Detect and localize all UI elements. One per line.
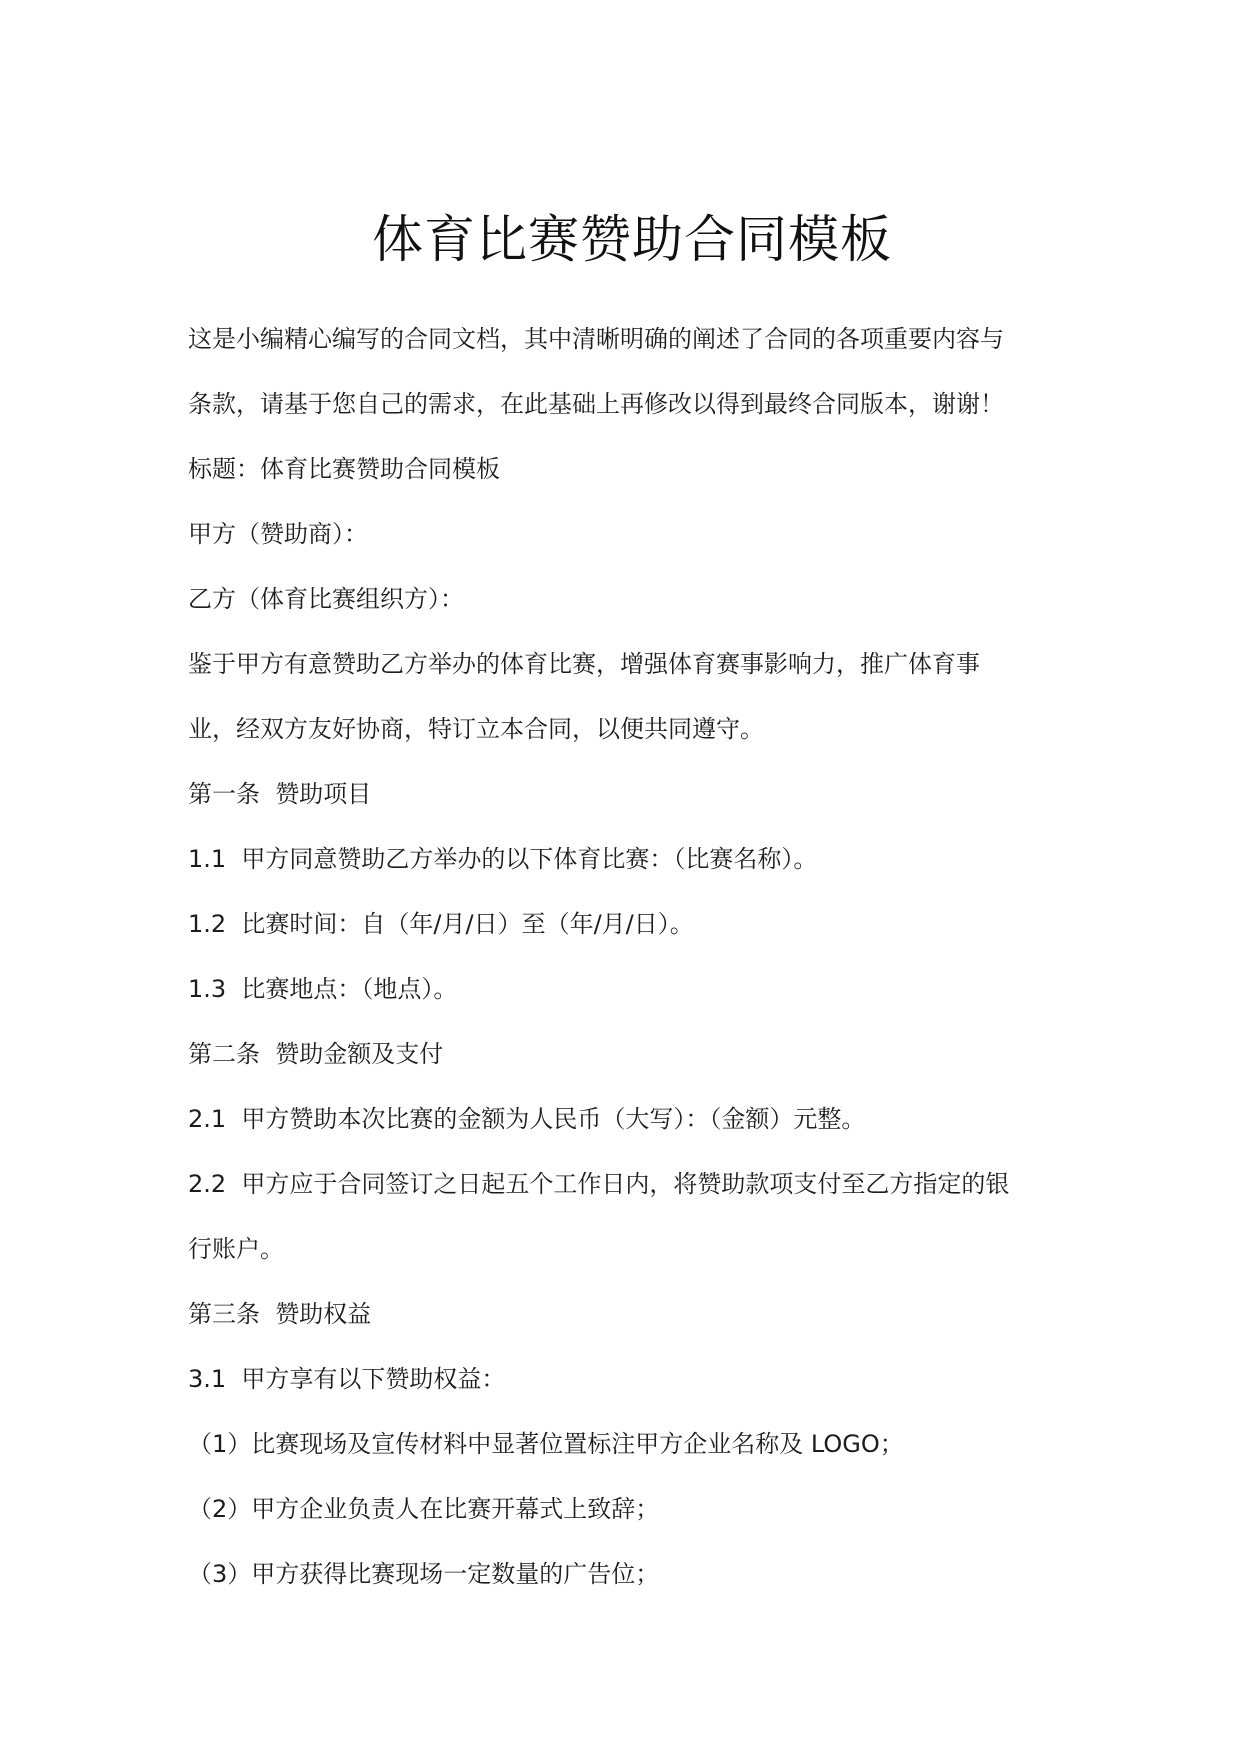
clause-3-1: 3.1 甲方享有以下赞助权益： <box>188 1347 1048 1412</box>
party-b-line: 乙方（体育比赛组织方）： <box>188 567 1048 632</box>
clause-2-2-line-2: 行账户。 <box>188 1217 1048 1282</box>
article-1-heading: 第一条 赞助项目 <box>188 762 1048 827</box>
clause-2-1: 2.1 甲方赞助本次比赛的金额为人民币（大写）：（金额）元整。 <box>188 1087 1048 1152</box>
benefit-item-2: （2）甲方企业负责人在比赛开幕式上致辞； <box>188 1477 1048 1542</box>
clause-1-1: 1.1 甲方同意赞助乙方举办的以下体育比赛：（比赛名称）。 <box>188 827 1048 892</box>
clause-2-2-line-1: 2.2 甲方应于合同签订之日起五个工作日内，将赞助款项支付至乙方指定的银 <box>188 1152 1048 1217</box>
clause-1-3: 1.3 比赛地点：（地点）。 <box>188 957 1048 1022</box>
benefit-item-1: （1）比赛现场及宣传材料中显著位置标注甲方企业名称及 LOGO； <box>188 1412 1048 1477</box>
intro-paragraph-line-2: 条款，请基于您自己的需求，在此基础上再修改以得到最终合同版本，谢谢！ <box>188 372 1048 437</box>
document-body: 这是小编精心编写的合同文档，其中清晰明确的阐述了合同的各项重要内容与 条款，请基… <box>188 307 1048 1607</box>
preamble-line-1: 鉴于甲方有意赞助乙方举办的体育比赛，增强体育赛事影响力，推广体育事 <box>188 632 1048 697</box>
clause-1-2: 1.2 比赛时间：自（年/月/日）至（年/月/日）。 <box>188 892 1048 957</box>
intro-paragraph-line-1: 这是小编精心编写的合同文档，其中清晰明确的阐述了合同的各项重要内容与 <box>188 307 1048 372</box>
article-2-heading: 第二条 赞助金额及支付 <box>188 1022 1048 1087</box>
document-page: 体育比赛赞助合同模板 这是小编精心编写的合同文档，其中清晰明确的阐述了合同的各项… <box>0 0 1240 1753</box>
party-a-line: 甲方（赞助商）： <box>188 502 1048 567</box>
article-3-heading: 第三条 赞助权益 <box>188 1282 1048 1347</box>
benefit-item-3: （3）甲方获得比赛现场一定数量的广告位； <box>188 1542 1048 1607</box>
document-title: 体育比赛赞助合同模板 <box>0 208 1240 274</box>
subject-line: 标题：体育比赛赞助合同模板 <box>188 437 1048 502</box>
preamble-line-2: 业，经双方友好协商，特订立本合同，以便共同遵守。 <box>188 697 1048 762</box>
